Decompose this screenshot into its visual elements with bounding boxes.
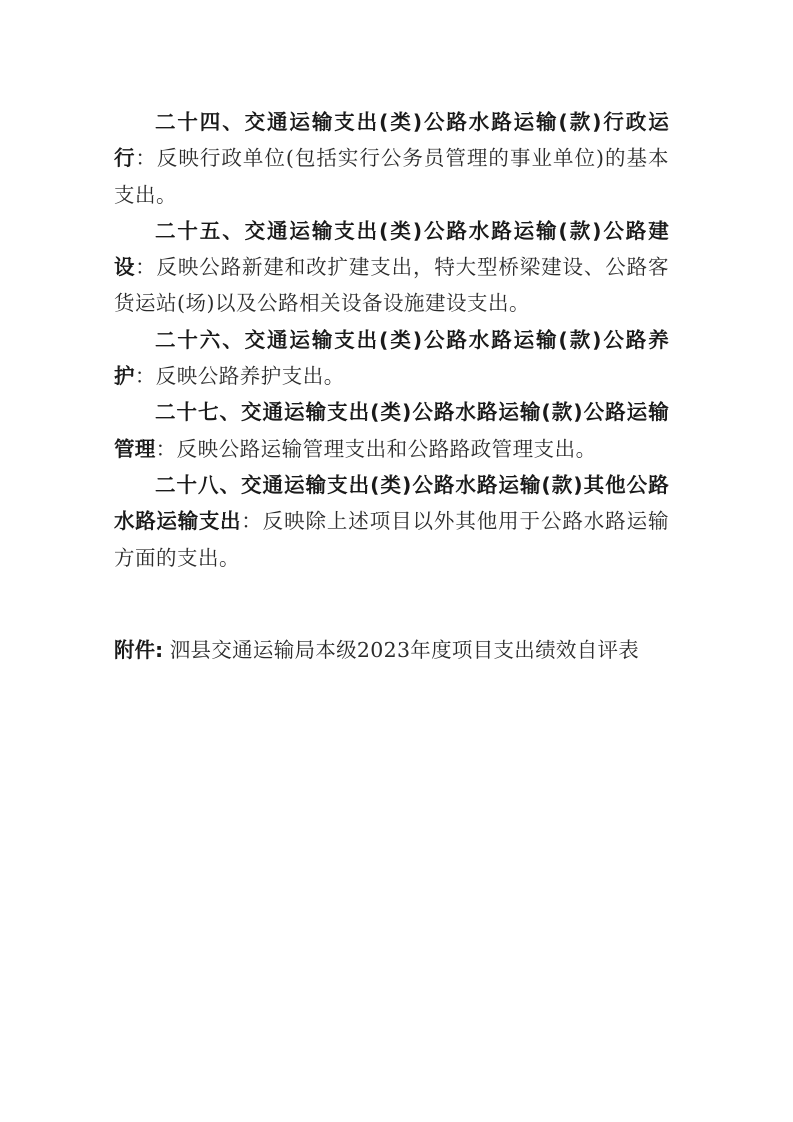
paragraph-27: 二十七、交通运输支出(类)公路水路运输(款)公路运输管理：反映公路运输管理支出和… bbox=[114, 394, 669, 467]
paragraph-text: ：反映公路养护支出。 bbox=[135, 364, 345, 388]
paragraph-25: 二十五、交通运输支出(类)公路水路运输(款)公路建设：反映公路新建和改扩建支出，… bbox=[114, 213, 669, 322]
paragraph-text: ：反映行政单位(包括实行公务员管理的事业单位)的基本支出。 bbox=[114, 146, 669, 206]
paragraph-text: ：反映公路新建和改扩建支出，特大型桥梁建设、公路客货运站(场)以及公路相关设备设… bbox=[114, 255, 669, 315]
paragraph-28: 二十八、交通运输支出(类)公路水路运输(款)其他公路水路运输支出：反映除上述项目… bbox=[114, 467, 669, 576]
paragraph-26: 二十六、交通运输支出(类)公路水路运输(款)公路养护：反映公路养护支出。 bbox=[114, 322, 669, 395]
document-body: 二十四、交通运输支出(类)公路水路运输(款)行政运行：反映行政单位(包括实行公务… bbox=[114, 104, 669, 576]
paragraph-text: ：反映公路运输管理支出和公路路政管理支出。 bbox=[156, 437, 597, 461]
paragraph-24: 二十四、交通运输支出(类)公路水路运输(款)行政运行：反映行政单位(包括实行公务… bbox=[114, 104, 669, 213]
attachment-label: 附件: bbox=[114, 638, 163, 662]
attachment-line: 附件: 泗县交通运输局本级2023年度项目支出绩效自评表 bbox=[114, 632, 639, 668]
attachment-title: 泗县交通运输局本级2023年度项目支出绩效自评表 bbox=[170, 638, 639, 662]
